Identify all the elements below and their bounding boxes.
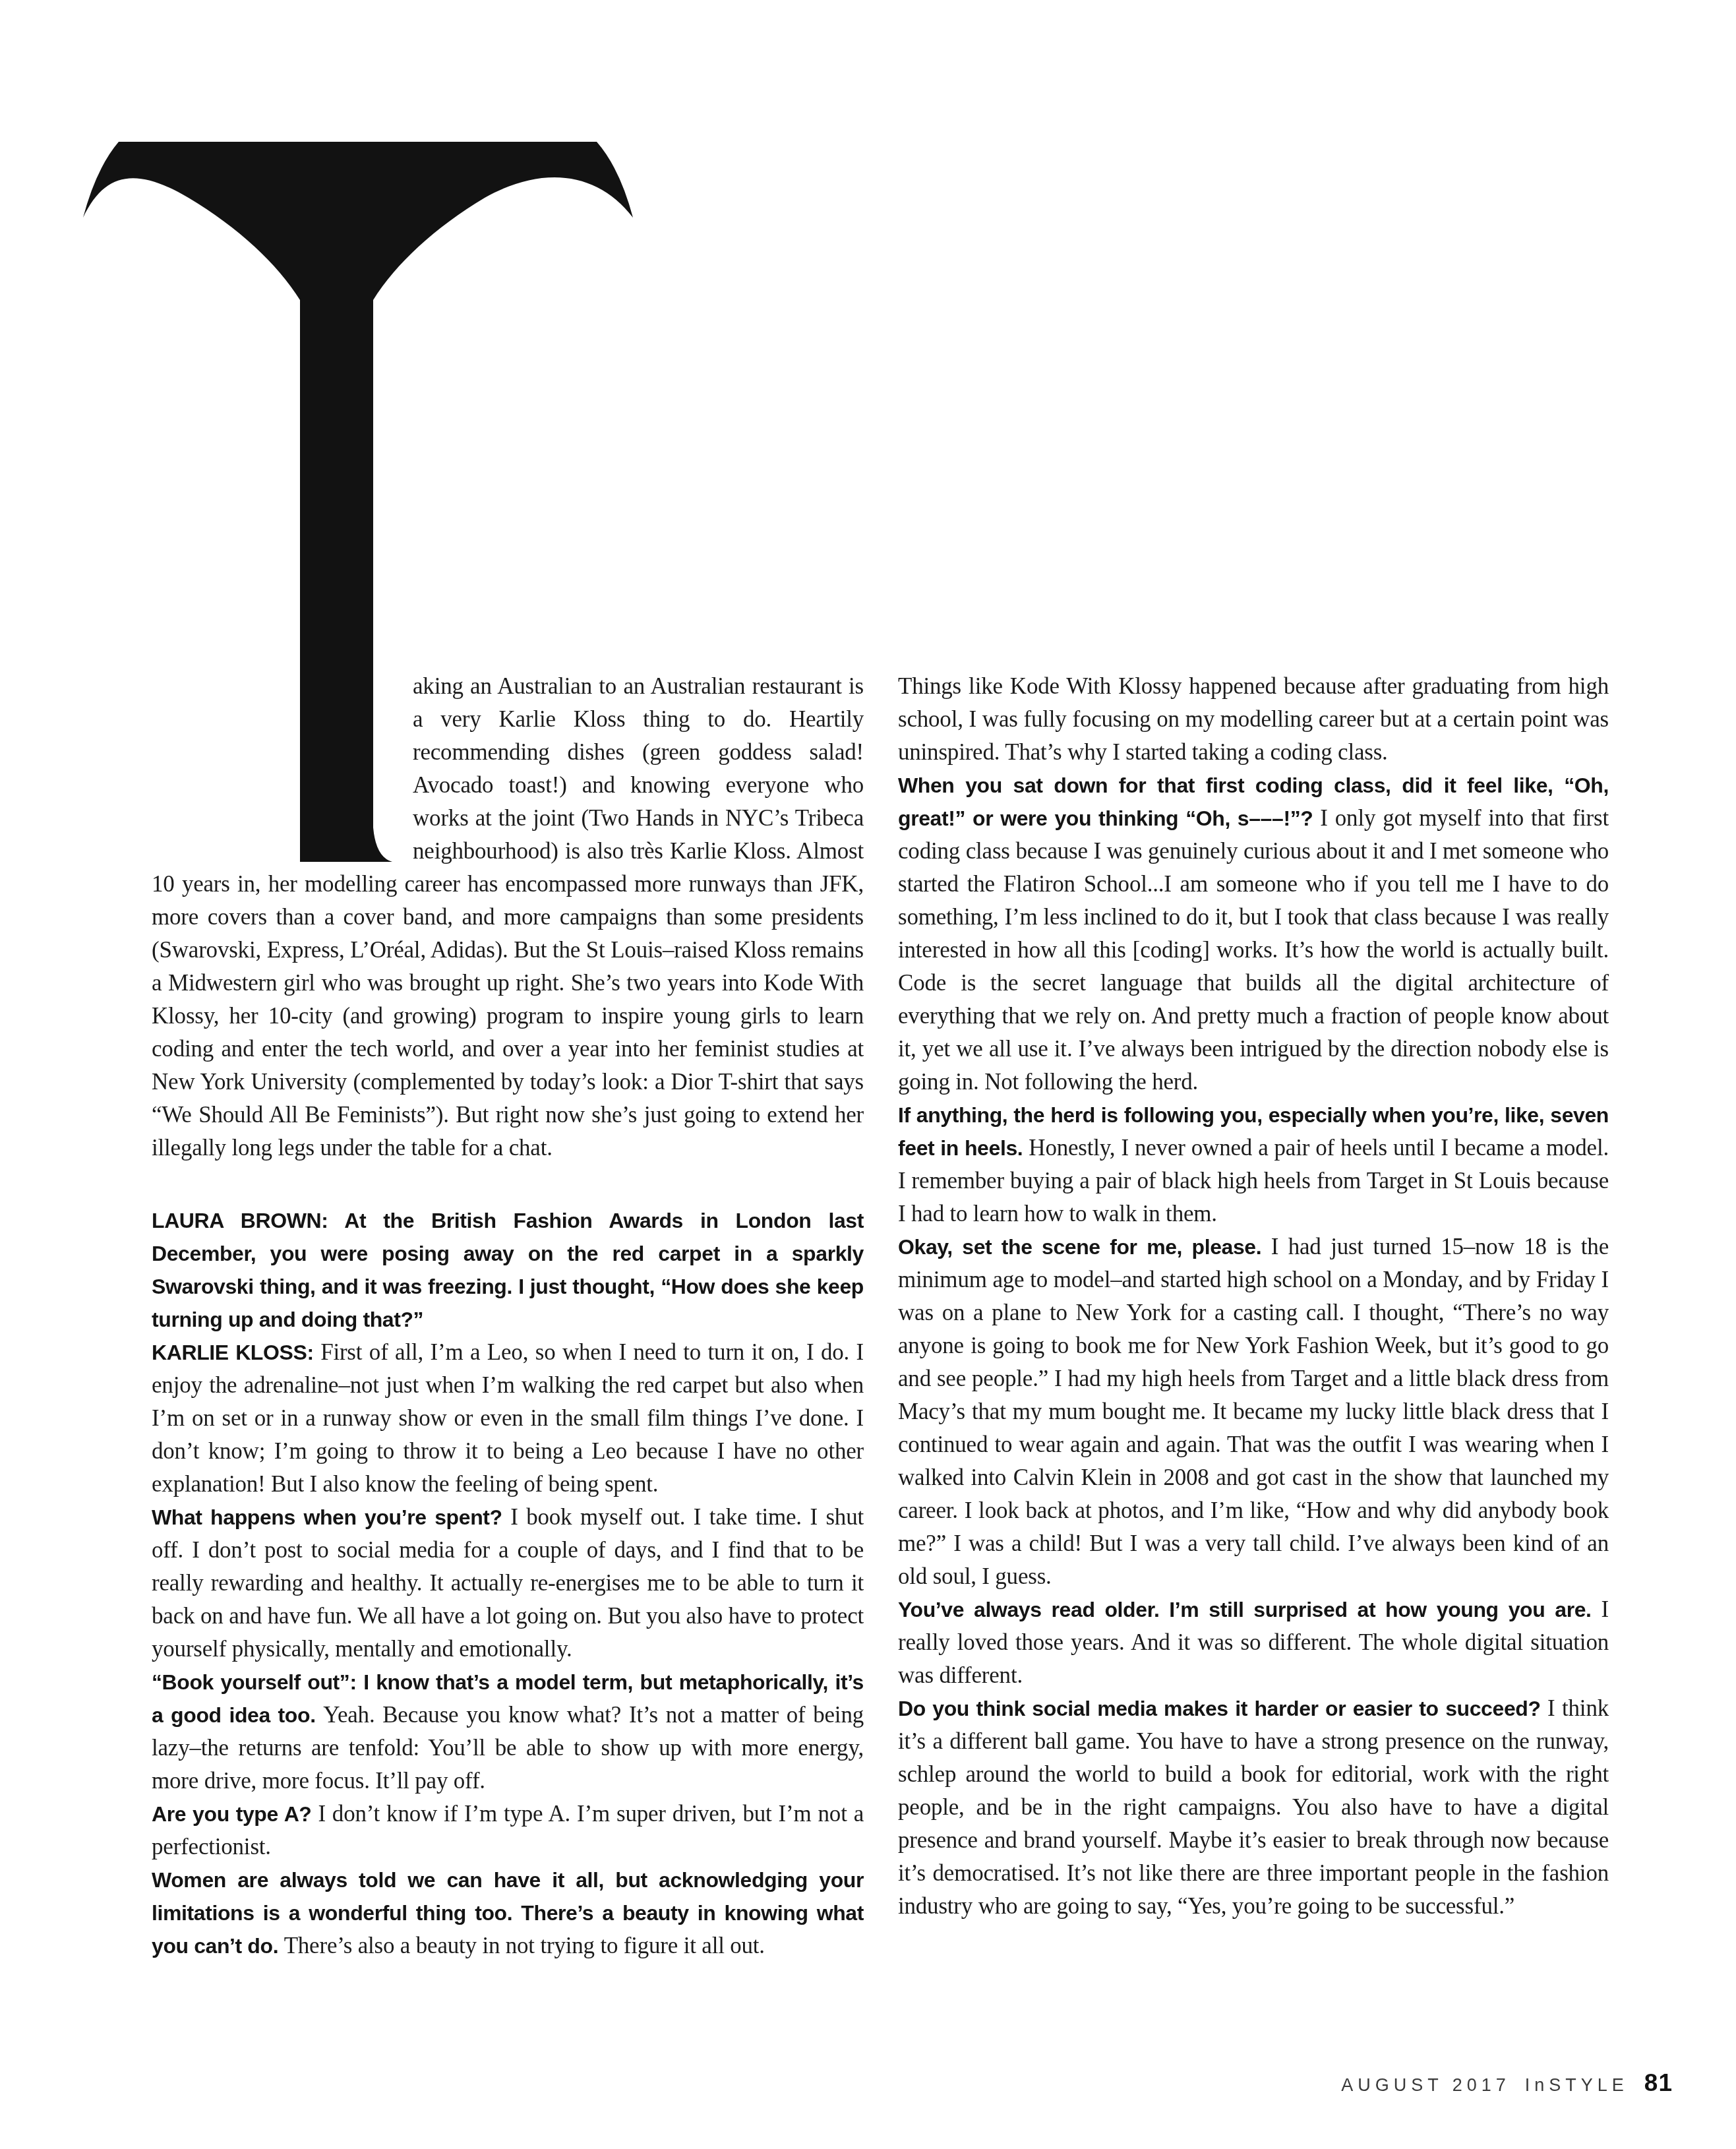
qa-paragraph: Women are always told we can have it all… xyxy=(152,1863,864,1962)
question-bold-text: You’ve always read older. I’m still surp… xyxy=(898,1598,1601,1621)
qa-paragraph: Things like Kode With Klossy happened be… xyxy=(898,670,1609,769)
question-bold-text: LAURA BROWN: At the British Fashion Awar… xyxy=(152,1209,864,1331)
qa-paragraph: When you sat down for that first coding … xyxy=(898,769,1609,1099)
qa-paragraph: What happens when you’re spent? I book m… xyxy=(152,1501,864,1666)
qa-paragraph: Do you think social media makes it harde… xyxy=(898,1692,1609,1923)
right-qa-paragraphs: Things like Kode With Klossy happened be… xyxy=(898,670,1609,1923)
answer-text: I think it’s a different ball game. You … xyxy=(898,1695,1609,1919)
answer-text: I had just turned 15–now 18 is the minim… xyxy=(898,1234,1609,1589)
footer-page-number: 81 xyxy=(1644,2069,1673,2097)
left-qa-paragraphs: LAURA BROWN: At the British Fashion Awar… xyxy=(152,1204,864,1962)
qa-paragraph: LAURA BROWN: At the British Fashion Awar… xyxy=(152,1204,864,1336)
footer-magazine-name: InSTYLE xyxy=(1525,2075,1629,2096)
page-footer: AUGUST 2017 InSTYLE 81 xyxy=(1341,2069,1673,2097)
drop-cap-text: T xyxy=(0,0,1,1)
qa-paragraph: If anything, the herd is following you, … xyxy=(898,1099,1609,1230)
question-bold-text: What happens when you’re spent? xyxy=(152,1505,510,1529)
right-text-column: Things like Kode With Klossy happened be… xyxy=(898,670,1609,1923)
drop-cap-spacer xyxy=(152,670,413,868)
footer-issue-date: AUGUST 2017 xyxy=(1341,2075,1511,2096)
qa-paragraph: KARLIE KLOSS: First of all, I’m a Leo, s… xyxy=(152,1336,864,1501)
answer-text: Things like Kode With Klossy happened be… xyxy=(898,673,1609,765)
intro-paragraph: aking an Australian to an Australian res… xyxy=(152,670,864,1165)
qa-paragraph: You’ve always read older. I’m still surp… xyxy=(898,1593,1609,1692)
question-bold-text: Are you type A? xyxy=(152,1802,318,1826)
answer-text: There’s also a beauty in not trying to f… xyxy=(284,1933,765,1958)
qa-paragraph: Are you type A? I don’t know if I’m type… xyxy=(152,1798,864,1863)
left-text-column: aking an Australian to an Australian res… xyxy=(152,670,864,1962)
answer-text: I only got myself into that first coding… xyxy=(898,805,1609,1095)
question-bold-text: KARLIE KLOSS: xyxy=(152,1341,320,1364)
question-bold-text: Do you think social media makes it harde… xyxy=(898,1697,1547,1720)
magazine-page: T aking an Australian to an Australian r… xyxy=(0,0,1736,2149)
qa-paragraph: “Book yourself out”: I know that’s a mod… xyxy=(152,1666,864,1798)
question-bold-text: Okay, set the scene for me, please. xyxy=(898,1235,1271,1259)
qa-paragraph: Okay, set the scene for me, please. I ha… xyxy=(898,1230,1609,1593)
